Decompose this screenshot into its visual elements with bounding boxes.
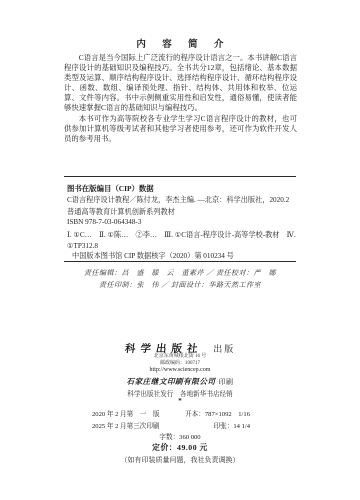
price: 定价：49.00 元 <box>0 442 360 453</box>
cip-divider-top <box>64 176 296 177</box>
printer-suffix: 印刷 <box>219 378 234 386</box>
intro-paragraph-2: 本书可作为高等院校各专业学生学习C语言程序设计的教材，也可供参加计算机等级考试者… <box>64 114 297 144</box>
cip-record-number: 中国版本图书馆 CIP 数据核字（2020）第 010234 号 <box>72 251 304 261</box>
credits-editors-line: 责任编辑：昌 盛 滕 云 董素芹 ／ 责任校对：严 娜 <box>0 268 360 278</box>
cip-title: 图书在版编目（CIP）数据 <box>67 183 297 194</box>
printer-line: 石家庄继文印刷有限公司印刷 <box>0 376 360 387</box>
cip-classification: Ⅰ. ①C… Ⅱ. ①陈… ②李… Ⅲ. ①C语言-程序设计-高等学校-教材 Ⅳ… <box>67 230 299 253</box>
asterisk-separator: * <box>0 397 360 405</box>
cip-series-line: 普通高等教育计算机创新系列教材 <box>67 207 299 217</box>
intro-title: 内 容 简 介 <box>0 36 360 50</box>
book-copyright-page: 内 容 简 介 C语言是当今国际上广泛流行的程序设计语言之一。本书讲解C语言程序… <box>0 0 360 500</box>
edition-row-2: 2025 年 2 月第三次印刷 印张：14 1/4 <box>92 420 250 430</box>
word-count: 字数：360 000 <box>0 431 360 441</box>
publisher-address: 北京东黄城根北街 16 号 <box>0 352 360 359</box>
publisher-postcode: 邮政编码：100717 <box>0 359 360 366</box>
current-printing-date: 2025 年 2 月第三次印刷 <box>92 420 160 430</box>
cip-divider-bottom <box>64 261 296 262</box>
format-size: 开本：787×1092 1/16 <box>185 408 250 418</box>
first-edition-date: 2020 年 2 月第 一 版 <box>92 408 160 418</box>
printer-name: 石家庄继文印刷有限公司 <box>126 377 215 386</box>
publisher-website: http://www.sciencep.com <box>0 367 360 373</box>
isbn-number: ISBN 978-7-03-064348-3 <box>67 218 299 226</box>
edition-row-1: 2020 年 2 月第 一 版 开本：787×1092 1/16 <box>92 408 250 418</box>
cip-bibliographic-line: C语言程序设计教程／陈付龙，李杰主编. —北京：科学出版社，2020.2 <box>67 195 299 205</box>
quality-note: （如有印装质量问题，我社负责调换） <box>0 455 360 465</box>
credits-print-design-line: 责任印制：张 伟 ／ 封面设计：华路天然工作室 <box>0 280 360 290</box>
intro-paragraph-1: C语言是当今国际上广泛流行的程序设计语言之一。本书讲解C语言程序设计的基础知识及… <box>64 53 297 114</box>
sheet-count: 印张：14 1/4 <box>214 420 250 430</box>
